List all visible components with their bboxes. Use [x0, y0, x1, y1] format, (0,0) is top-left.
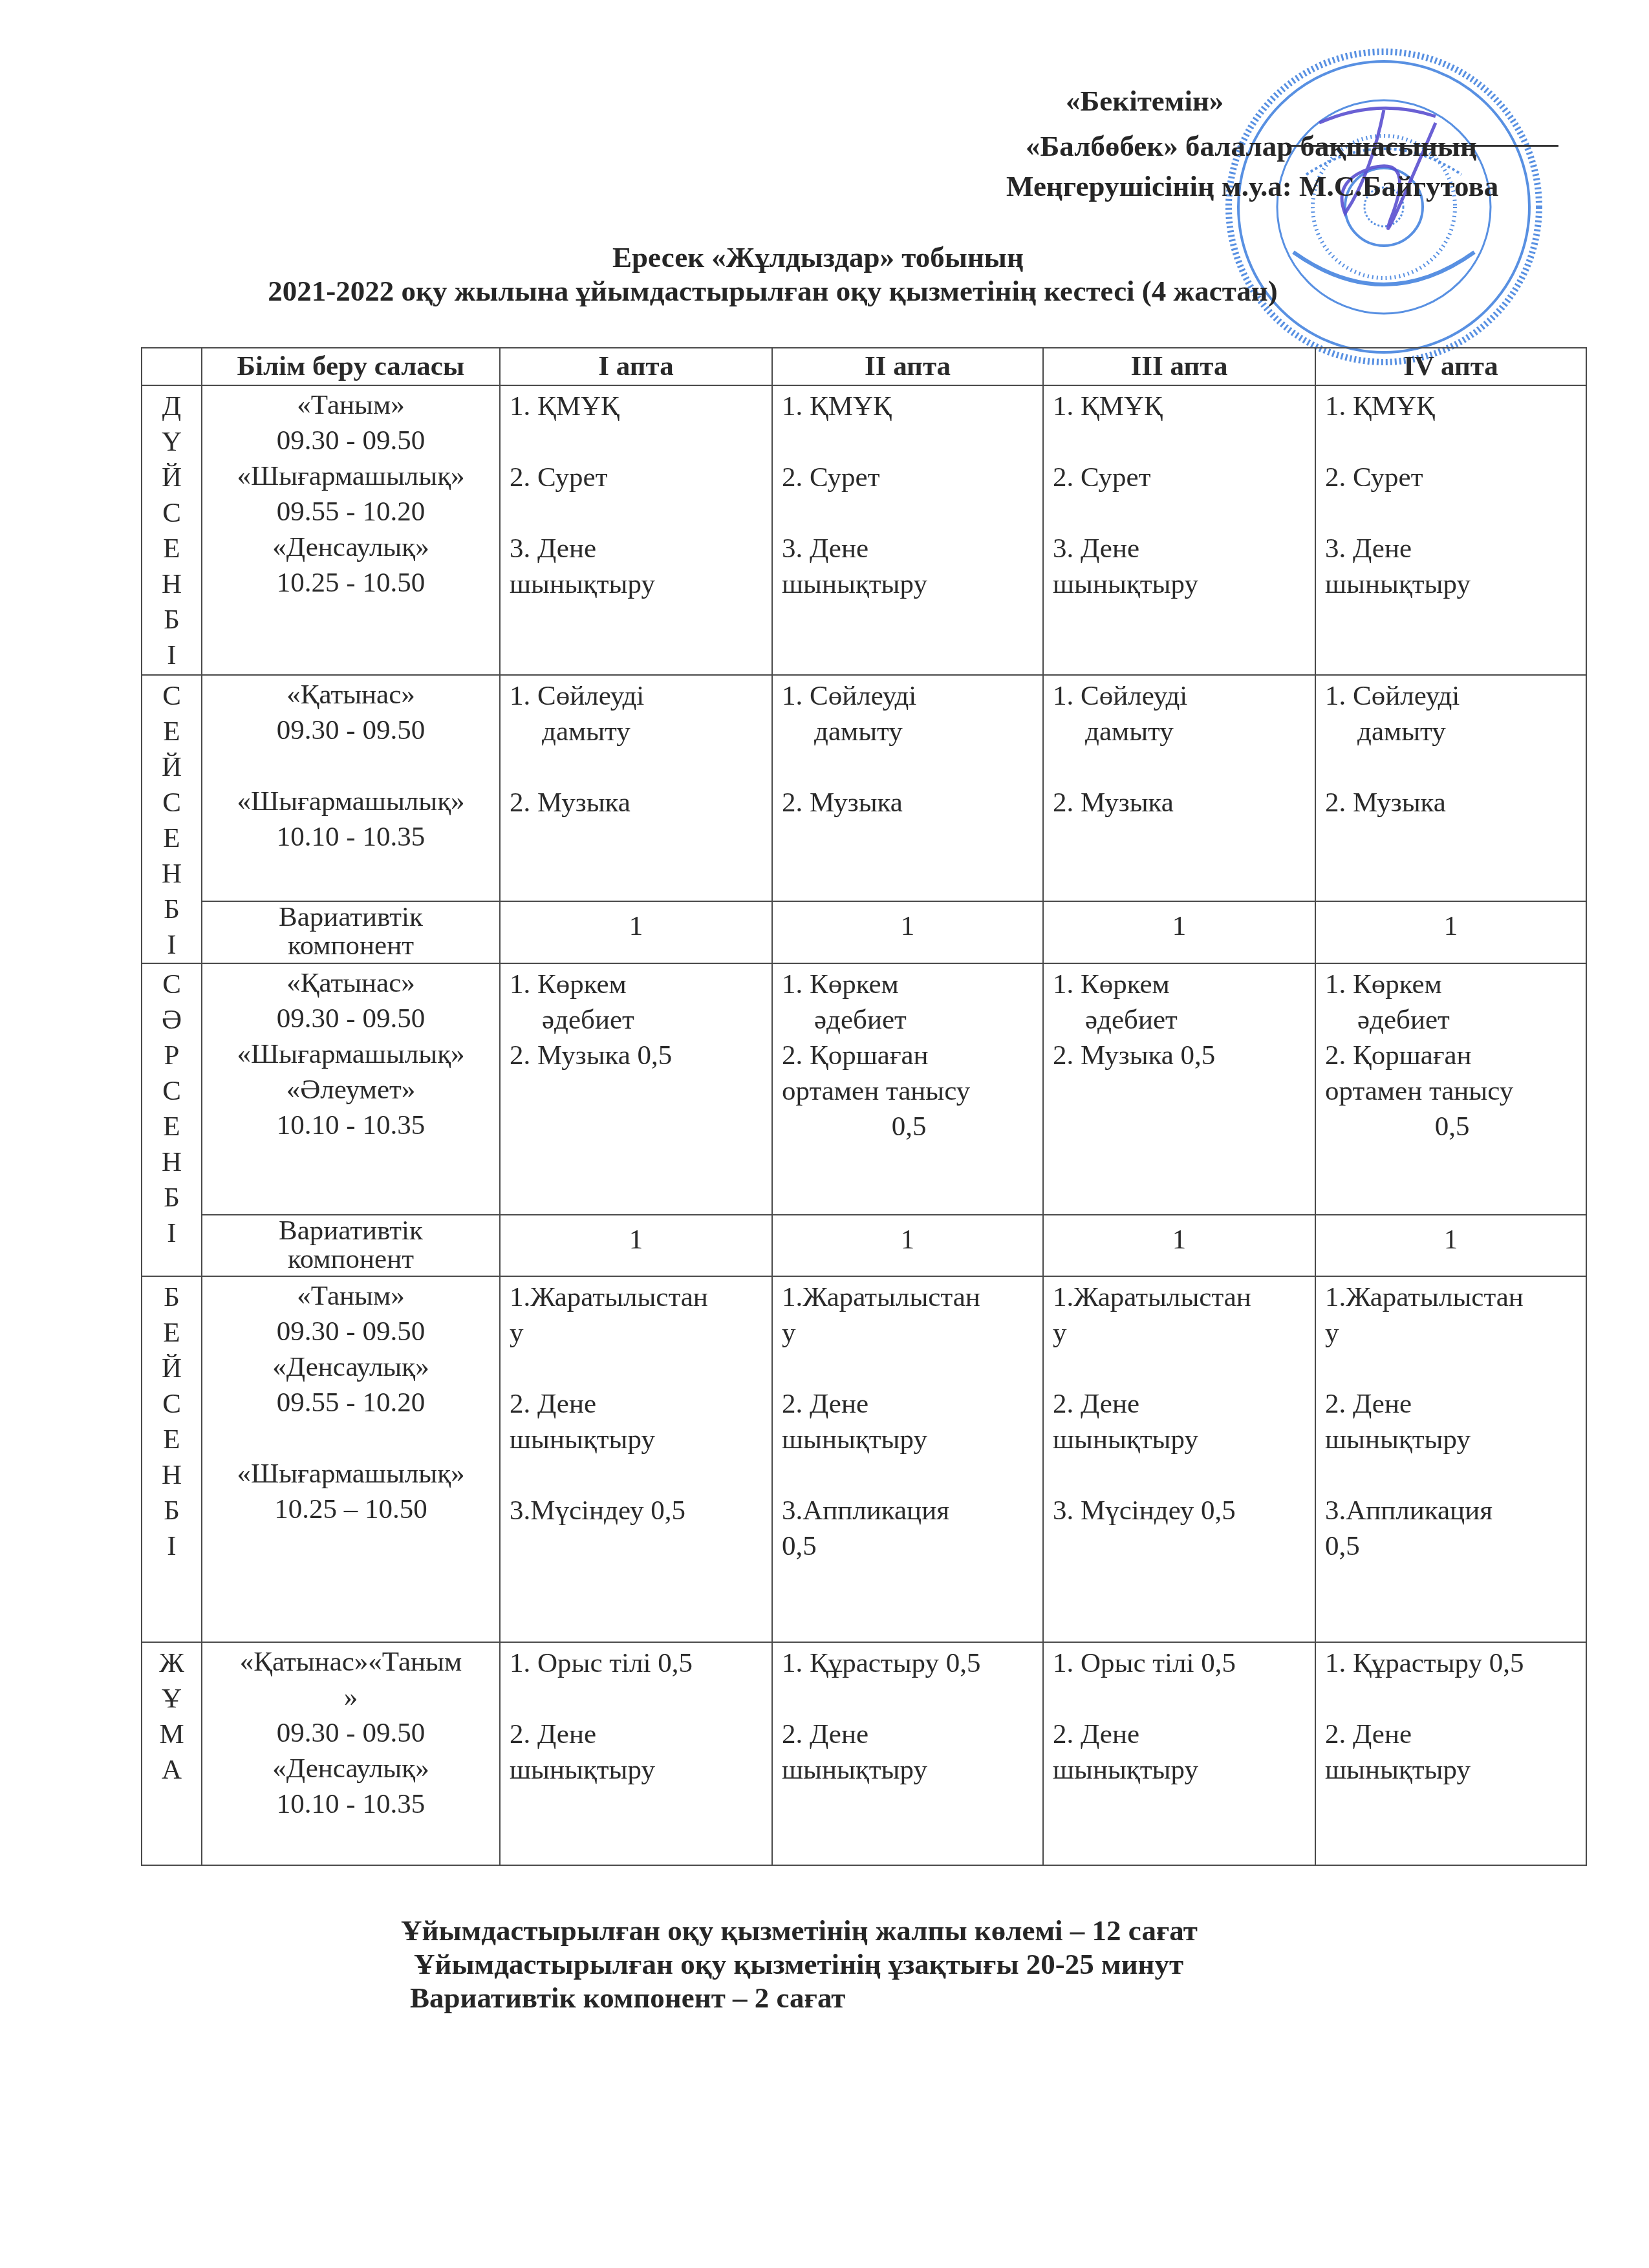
lesson-line: 1. ҚМҰҚ: [510, 389, 765, 424]
lesson-line: 2. Сурет: [782, 460, 1036, 495]
lesson-line: 1. ҚМҰҚ: [1325, 389, 1579, 424]
lesson-line: 2. Дене: [1053, 1386, 1308, 1422]
lesson-cell-week-4: 1. Құрастыру 0,52. Денешынықтыру: [1315, 1642, 1586, 1865]
lesson-cell-week-1: 1. Сөйлеудідамыту2. Музыка: [500, 675, 772, 901]
lesson-line: 3.Аппликация: [782, 1493, 1036, 1528]
lesson-line: 1. Сөйлеуді: [1053, 678, 1308, 714]
area-line: [202, 1420, 499, 1456]
area-line: 09.30 - 09.50: [202, 1001, 499, 1036]
header-week-4: ІV апта: [1315, 348, 1586, 385]
day-letter: С: [142, 678, 201, 714]
day-letter: С: [142, 967, 201, 1002]
variative-value-week-3: 1: [1043, 901, 1315, 963]
area-line: «Әлеумет»: [202, 1072, 499, 1107]
lesson-line: дамыту: [510, 714, 765, 749]
lesson-line: 1. ҚМҰҚ: [782, 389, 1036, 424]
day-letter: І: [142, 1215, 201, 1251]
lesson-cell-week-3: 1. Сөйлеудідамыту2. Музыка: [1043, 675, 1315, 901]
lesson-line: [782, 424, 1036, 460]
day-label: ЖҰМА: [142, 1642, 202, 1865]
header-week-2: ІІ апта: [772, 348, 1043, 385]
lesson-cell-week-3: 1. Көркемәдебиет2. Музыка 0,5: [1043, 963, 1315, 1215]
lesson-line: шынықтыру: [782, 1752, 1036, 1788]
lesson-cell-week-2: 1. Құрастыру 0,52. Денешынықтыру: [772, 1642, 1043, 1865]
table-row-friday: ЖҰМА«Қатынас»«Таным»09.30 - 09.50«Денсау…: [142, 1642, 1586, 1865]
lesson-line: 1. ҚМҰҚ: [1053, 389, 1308, 424]
lesson-line: 0,5: [1325, 1528, 1579, 1564]
table-row-thursday: БЕЙСЕНБІ«Таным»09.30 - 09.50«Денсаулық»0…: [142, 1276, 1586, 1642]
lesson-cell-week-2: 1. Көркемәдебиет2. Қоршағанортамен таныс…: [772, 963, 1043, 1215]
lesson-line: [510, 424, 765, 460]
area-line: »: [202, 1680, 499, 1715]
lesson-line: 2. Музыка: [1325, 785, 1579, 820]
lesson-line: [510, 749, 765, 785]
area-line: 10.10 - 10.35: [202, 1786, 499, 1822]
area-line: 09.55 - 10.20: [202, 1385, 499, 1420]
variative-label-line: компонент: [202, 932, 499, 960]
lesson-line: ортамен танысу: [782, 1073, 1036, 1109]
day-label: ДҮЙСЕНБІ: [142, 385, 202, 675]
lesson-line: 1. Орыс тілі 0,5: [1053, 1645, 1308, 1681]
variative-label-line: Вариативтік: [202, 1217, 499, 1245]
lesson-cell-week-3: 1.Жаратылыстану2. Денешынықтыру3. Мүсінд…: [1043, 1276, 1315, 1642]
approval-heading: «Бекітемін»: [1066, 84, 1223, 118]
approval-director: Меңгерушісінің м.у.а: М.С.Байгутова: [1006, 169, 1498, 203]
lesson-line: 1. Сөйлеуді: [1325, 678, 1579, 714]
lesson-line: 3.Аппликация: [1325, 1493, 1579, 1528]
header-day: [142, 348, 202, 385]
lesson-line: 2. Дене: [782, 1717, 1036, 1752]
lesson-line: 1. Құрастыру 0,5: [782, 1645, 1036, 1681]
lesson-line: 2. Қоршаған: [1325, 1038, 1579, 1073]
lesson-line: 0,5: [782, 1109, 1036, 1144]
education-area-cell: «Таным»09.30 - 09.50«Денсаулық»09.55 - 1…: [202, 1276, 500, 1642]
day-letter: Ә: [142, 1002, 201, 1038]
lesson-line: 2. Сурет: [1325, 460, 1579, 495]
day-letter: С: [142, 1386, 201, 1422]
day-letter: А: [142, 1752, 201, 1788]
lesson-line: [1053, 1457, 1308, 1493]
variative-value-week-1: 1: [500, 901, 772, 963]
lesson-cell-week-3: 1. ҚМҰҚ2. Сурет3. Денешынықтыру: [1043, 385, 1315, 675]
day-letter: Й: [142, 749, 201, 785]
schedule-table: Білім беру саласы І апта ІІ апта ІІІ апт…: [141, 347, 1587, 1866]
lesson-line: [1325, 749, 1579, 785]
area-line: «Денсаулық»: [202, 1349, 499, 1385]
lesson-line: 1. Көркем: [510, 967, 765, 1002]
day-letter: Й: [142, 460, 201, 495]
lesson-line: әдебиет: [510, 1002, 765, 1038]
education-area-cell: «Таным»09.30 - 09.50«Шығармашылық»09.55 …: [202, 385, 500, 675]
lesson-line: [510, 1351, 765, 1386]
lesson-line: [1325, 1351, 1579, 1386]
day-letter: Б: [142, 1493, 201, 1528]
approval-kindergarten: «Балбөбек» балалар бақшасының: [1026, 129, 1477, 163]
area-line: 10.10 - 10.35: [202, 819, 499, 855]
lesson-line: [510, 1681, 765, 1717]
day-letter: М: [142, 1717, 201, 1752]
lesson-cell-week-1: 1. Орыс тілі 0,52. Денешынықтыру: [500, 1642, 772, 1865]
day-letter: Н: [142, 566, 201, 602]
lesson-line: [782, 1351, 1036, 1386]
lesson-line: 2. Дене: [510, 1386, 765, 1422]
variative-value-week-1: 1: [500, 1215, 772, 1276]
lesson-line: 2. Дене: [1325, 1717, 1579, 1752]
lesson-line: шынықтыру: [1325, 1752, 1579, 1788]
lesson-line: 1. Көркем: [1053, 967, 1308, 1002]
lesson-line: 1. Сөйлеуді: [510, 678, 765, 714]
footer-duration: Ұйымдастырылған оқу қызметінің ұзақтығы …: [414, 1947, 1183, 1981]
variative-value-week-4: 1: [1315, 1215, 1586, 1276]
lesson-line: 3. Дене: [782, 531, 1036, 566]
lesson-line: [1325, 495, 1579, 531]
lesson-line: 2. Дене: [510, 1717, 765, 1752]
lesson-line: у: [1053, 1315, 1308, 1351]
lesson-line: 2. Сурет: [510, 460, 765, 495]
variative-value-week-2: 1: [772, 1215, 1043, 1276]
area-line: «Денсаулық»: [202, 1751, 499, 1786]
lesson-line: дамыту: [782, 714, 1036, 749]
day-letter: Е: [142, 1109, 201, 1144]
lesson-line: шынықтыру: [1053, 566, 1308, 602]
lesson-line: 3. Дене: [510, 531, 765, 566]
footer-total-volume: Ұйымдастырылған оқу қызметінің жалпы көл…: [401, 1914, 1198, 1947]
lesson-line: 2. Қоршаған: [782, 1038, 1036, 1073]
area-line: «Шығармашылық»: [202, 458, 499, 494]
lesson-line: [782, 749, 1036, 785]
variative-label: Вариативтіккомпонент: [202, 901, 500, 963]
variative-label: Вариативтіккомпонент: [202, 1215, 500, 1276]
table-row-variative: Вариативтіккомпонент1111: [142, 1215, 1586, 1276]
lesson-line: у: [510, 1315, 765, 1351]
education-area-cell: «Қатынас»«Таным»09.30 - 09.50«Денсаулық»…: [202, 1642, 500, 1865]
lesson-line: әдебиет: [782, 1002, 1036, 1038]
lesson-line: 0,5: [782, 1528, 1036, 1564]
lesson-line: шынықтыру: [782, 566, 1036, 602]
lesson-cell-week-4: 1. ҚМҰҚ2. Сурет3. Денешынықтыру: [1315, 385, 1586, 675]
area-line: 09.30 - 09.50: [202, 1314, 499, 1349]
day-letter: С: [142, 785, 201, 820]
day-letter: Ұ: [142, 1681, 201, 1717]
day-letter: Б: [142, 892, 201, 927]
lesson-line: 1.Жаратылыстан: [1053, 1279, 1308, 1315]
lesson-cell-week-4: 1. Көркемәдебиет2. Қоршағанортамен таныс…: [1315, 963, 1586, 1215]
lesson-line: дамыту: [1325, 714, 1579, 749]
day-letter: Й: [142, 1351, 201, 1386]
lesson-cell-week-1: 1.Жаратылыстану2. Денешынықтыру3.Мүсінде…: [500, 1276, 772, 1642]
day-letter: Б: [142, 1279, 201, 1315]
day-letter: Е: [142, 1422, 201, 1457]
lesson-line: [1053, 424, 1308, 460]
area-line: 09.30 - 09.50: [202, 1715, 499, 1751]
lesson-line: шынықтыру: [1325, 1422, 1579, 1457]
day-letter: Н: [142, 1457, 201, 1493]
area-line: «Денсаулық»: [202, 530, 499, 565]
lesson-line: [510, 1457, 765, 1493]
lesson-line: шынықтыру: [510, 1422, 765, 1457]
area-line: [202, 748, 499, 784]
lesson-cell-week-2: 1. ҚМҰҚ2. Сурет3. Денешынықтыру: [772, 385, 1043, 675]
variative-label-line: компонент: [202, 1245, 499, 1274]
education-area-cell: «Қатынас»09.30 - 09.50«Шығармашылық»«Әле…: [202, 963, 500, 1215]
lesson-line: 1. Сөйлеуді: [782, 678, 1036, 714]
lesson-line: [782, 1457, 1036, 1493]
day-letter: Е: [142, 820, 201, 856]
area-line: 09.30 - 09.50: [202, 712, 499, 748]
lesson-line: у: [1325, 1315, 1579, 1351]
lesson-line: 2. Музыка 0,5: [1053, 1038, 1308, 1073]
lesson-line: 1.Жаратылыстан: [1325, 1279, 1579, 1315]
lesson-line: 1. Орыс тілі 0,5: [510, 1645, 765, 1681]
day-label: БЕЙСЕНБІ: [142, 1276, 202, 1642]
lesson-line: 2. Дене: [782, 1386, 1036, 1422]
lesson-line: у: [782, 1315, 1036, 1351]
lesson-line: шынықтыру: [1053, 1422, 1308, 1457]
lesson-line: [1325, 1457, 1579, 1493]
lesson-line: 2. Музыка: [510, 785, 765, 820]
lesson-cell-week-2: 1.Жаратылыстану2. Денешынықтыру3.Апплика…: [772, 1276, 1043, 1642]
header-week-3: ІІІ апта: [1043, 348, 1315, 385]
lesson-cell-week-1: 1. Көркемәдебиет2. Музыка 0,5: [500, 963, 772, 1215]
day-letter: Д: [142, 389, 201, 424]
lesson-line: [1053, 1681, 1308, 1717]
day-letter: С: [142, 1073, 201, 1109]
lesson-line: [1325, 1681, 1579, 1717]
day-label: СЕЙСЕНБІ: [142, 675, 202, 963]
area-line: «Шығармашылық»: [202, 784, 499, 819]
lesson-line: 1. Көркем: [782, 967, 1036, 1002]
area-line: «Шығармашылық»: [202, 1036, 499, 1072]
variative-label-line: Вариативтік: [202, 903, 499, 932]
lesson-line: [1325, 424, 1579, 460]
area-line: «Таным»: [202, 387, 499, 423]
variative-value-week-3: 1: [1043, 1215, 1315, 1276]
official-stamp-icon: [1222, 45, 1546, 369]
lesson-line: 2. Сурет: [1053, 460, 1308, 495]
document-title: Ересек «Жұлдыздар» тобының: [0, 241, 1643, 274]
lesson-line: [1053, 1351, 1308, 1386]
lesson-cell-week-4: 1.Жаратылыстану2. Денешынықтыру3.Апплика…: [1315, 1276, 1586, 1642]
day-letter: І: [142, 637, 201, 673]
lesson-line: 3.Мүсіндеу 0,5: [510, 1493, 765, 1528]
lesson-line: 1. Көркем: [1325, 967, 1579, 1002]
lesson-cell-week-3: 1. Орыс тілі 0,52. Денешынықтыру: [1043, 1642, 1315, 1865]
day-letter: Е: [142, 531, 201, 566]
lesson-line: шынықтыру: [782, 1422, 1036, 1457]
day-letter: Ж: [142, 1645, 201, 1681]
area-line: 10.25 - 10.50: [202, 565, 499, 601]
area-line: 10.10 - 10.35: [202, 1107, 499, 1143]
area-line: 09.55 - 10.20: [202, 494, 499, 530]
day-letter: І: [142, 927, 201, 963]
lesson-line: дамыту: [1053, 714, 1308, 749]
area-line: «Шығармашылық»: [202, 1456, 499, 1492]
day-letter: І: [142, 1528, 201, 1564]
day-letter: Е: [142, 1315, 201, 1351]
day-label: СӘРСЕНБІ: [142, 963, 202, 1276]
lesson-line: шынықтыру: [1325, 566, 1579, 602]
document-subtitle: 2021-2022 оқу жылына ұйымдастырылған оқу…: [0, 274, 1597, 308]
lesson-line: [782, 1681, 1036, 1717]
table-header-row: Білім беру саласы І апта ІІ апта ІІІ апт…: [142, 348, 1586, 385]
variative-value-week-4: 1: [1315, 901, 1586, 963]
table-row-monday: ДҮЙСЕНБІ«Таным»09.30 - 09.50«Шығармашылы…: [142, 385, 1586, 675]
area-line: «Таным»: [202, 1278, 499, 1314]
day-letter: С: [142, 495, 201, 531]
lesson-line: шынықтыру: [510, 1752, 765, 1788]
lesson-line: [510, 495, 765, 531]
day-letter: Б: [142, 1180, 201, 1215]
area-line: «Қатынас»«Таным: [202, 1644, 499, 1680]
header-area: Білім беру саласы: [202, 348, 500, 385]
day-letter: Н: [142, 856, 201, 892]
lesson-line: 2. Дене: [1325, 1386, 1579, 1422]
lesson-line: 3. Мүсіндеу 0,5: [1053, 1493, 1308, 1528]
lesson-line: 0,5: [1325, 1109, 1579, 1144]
lesson-line: ортамен танысу: [1325, 1073, 1579, 1109]
day-letter: Е: [142, 714, 201, 749]
lesson-line: шынықтыру: [510, 566, 765, 602]
table-row-tuesday: СЕЙСЕНБІ«Қатынас»09.30 - 09.50«Шығармашы…: [142, 675, 1586, 901]
day-letter: Ү: [142, 424, 201, 460]
lesson-line: 2. Музыка 0,5: [510, 1038, 765, 1073]
lesson-cell-week-4: 1. Сөйлеудідамыту2. Музыка: [1315, 675, 1586, 901]
area-line: «Қатынас»: [202, 677, 499, 712]
table-row-variative: Вариативтіккомпонент1111: [142, 901, 1586, 963]
day-letter: Н: [142, 1144, 201, 1180]
lesson-line: [1053, 495, 1308, 531]
education-area-cell: «Қатынас»09.30 - 09.50«Шығармашылық»10.1…: [202, 675, 500, 901]
lesson-line: 1.Жаратылыстан: [510, 1279, 765, 1315]
lesson-line: [782, 495, 1036, 531]
footer-variative: Вариативтік компонент – 2 сағат: [410, 1981, 845, 2015]
lesson-line: шынықтыру: [1053, 1752, 1308, 1788]
lesson-line: 1. Құрастыру 0,5: [1325, 1645, 1579, 1681]
area-line: «Қатынас»: [202, 965, 499, 1001]
lesson-line: 2. Музыка: [1053, 785, 1308, 820]
header-week-1: І апта: [500, 348, 772, 385]
lesson-line: әдебиет: [1053, 1002, 1308, 1038]
lesson-line: 1.Жаратылыстан: [782, 1279, 1036, 1315]
variative-value-week-2: 1: [772, 901, 1043, 963]
table-row-wednesday: СӘРСЕНБІ«Қатынас»09.30 - 09.50«Шығармашы…: [142, 963, 1586, 1215]
lesson-line: 3. Дене: [1325, 531, 1579, 566]
lesson-line: 2. Дене: [1053, 1717, 1308, 1752]
lesson-line: 2. Музыка: [782, 785, 1036, 820]
lesson-cell-week-2: 1. Сөйлеудідамыту2. Музыка: [772, 675, 1043, 901]
area-line: 10.25 – 10.50: [202, 1492, 499, 1527]
day-letter: Б: [142, 602, 201, 637]
lesson-cell-week-1: 1. ҚМҰҚ2. Сурет3. Денешынықтыру: [500, 385, 772, 675]
area-line: 09.30 - 09.50: [202, 423, 499, 458]
lesson-line: әдебиет: [1325, 1002, 1579, 1038]
lesson-line: 3. Дене: [1053, 531, 1308, 566]
lesson-line: [1053, 749, 1308, 785]
day-letter: Р: [142, 1038, 201, 1073]
